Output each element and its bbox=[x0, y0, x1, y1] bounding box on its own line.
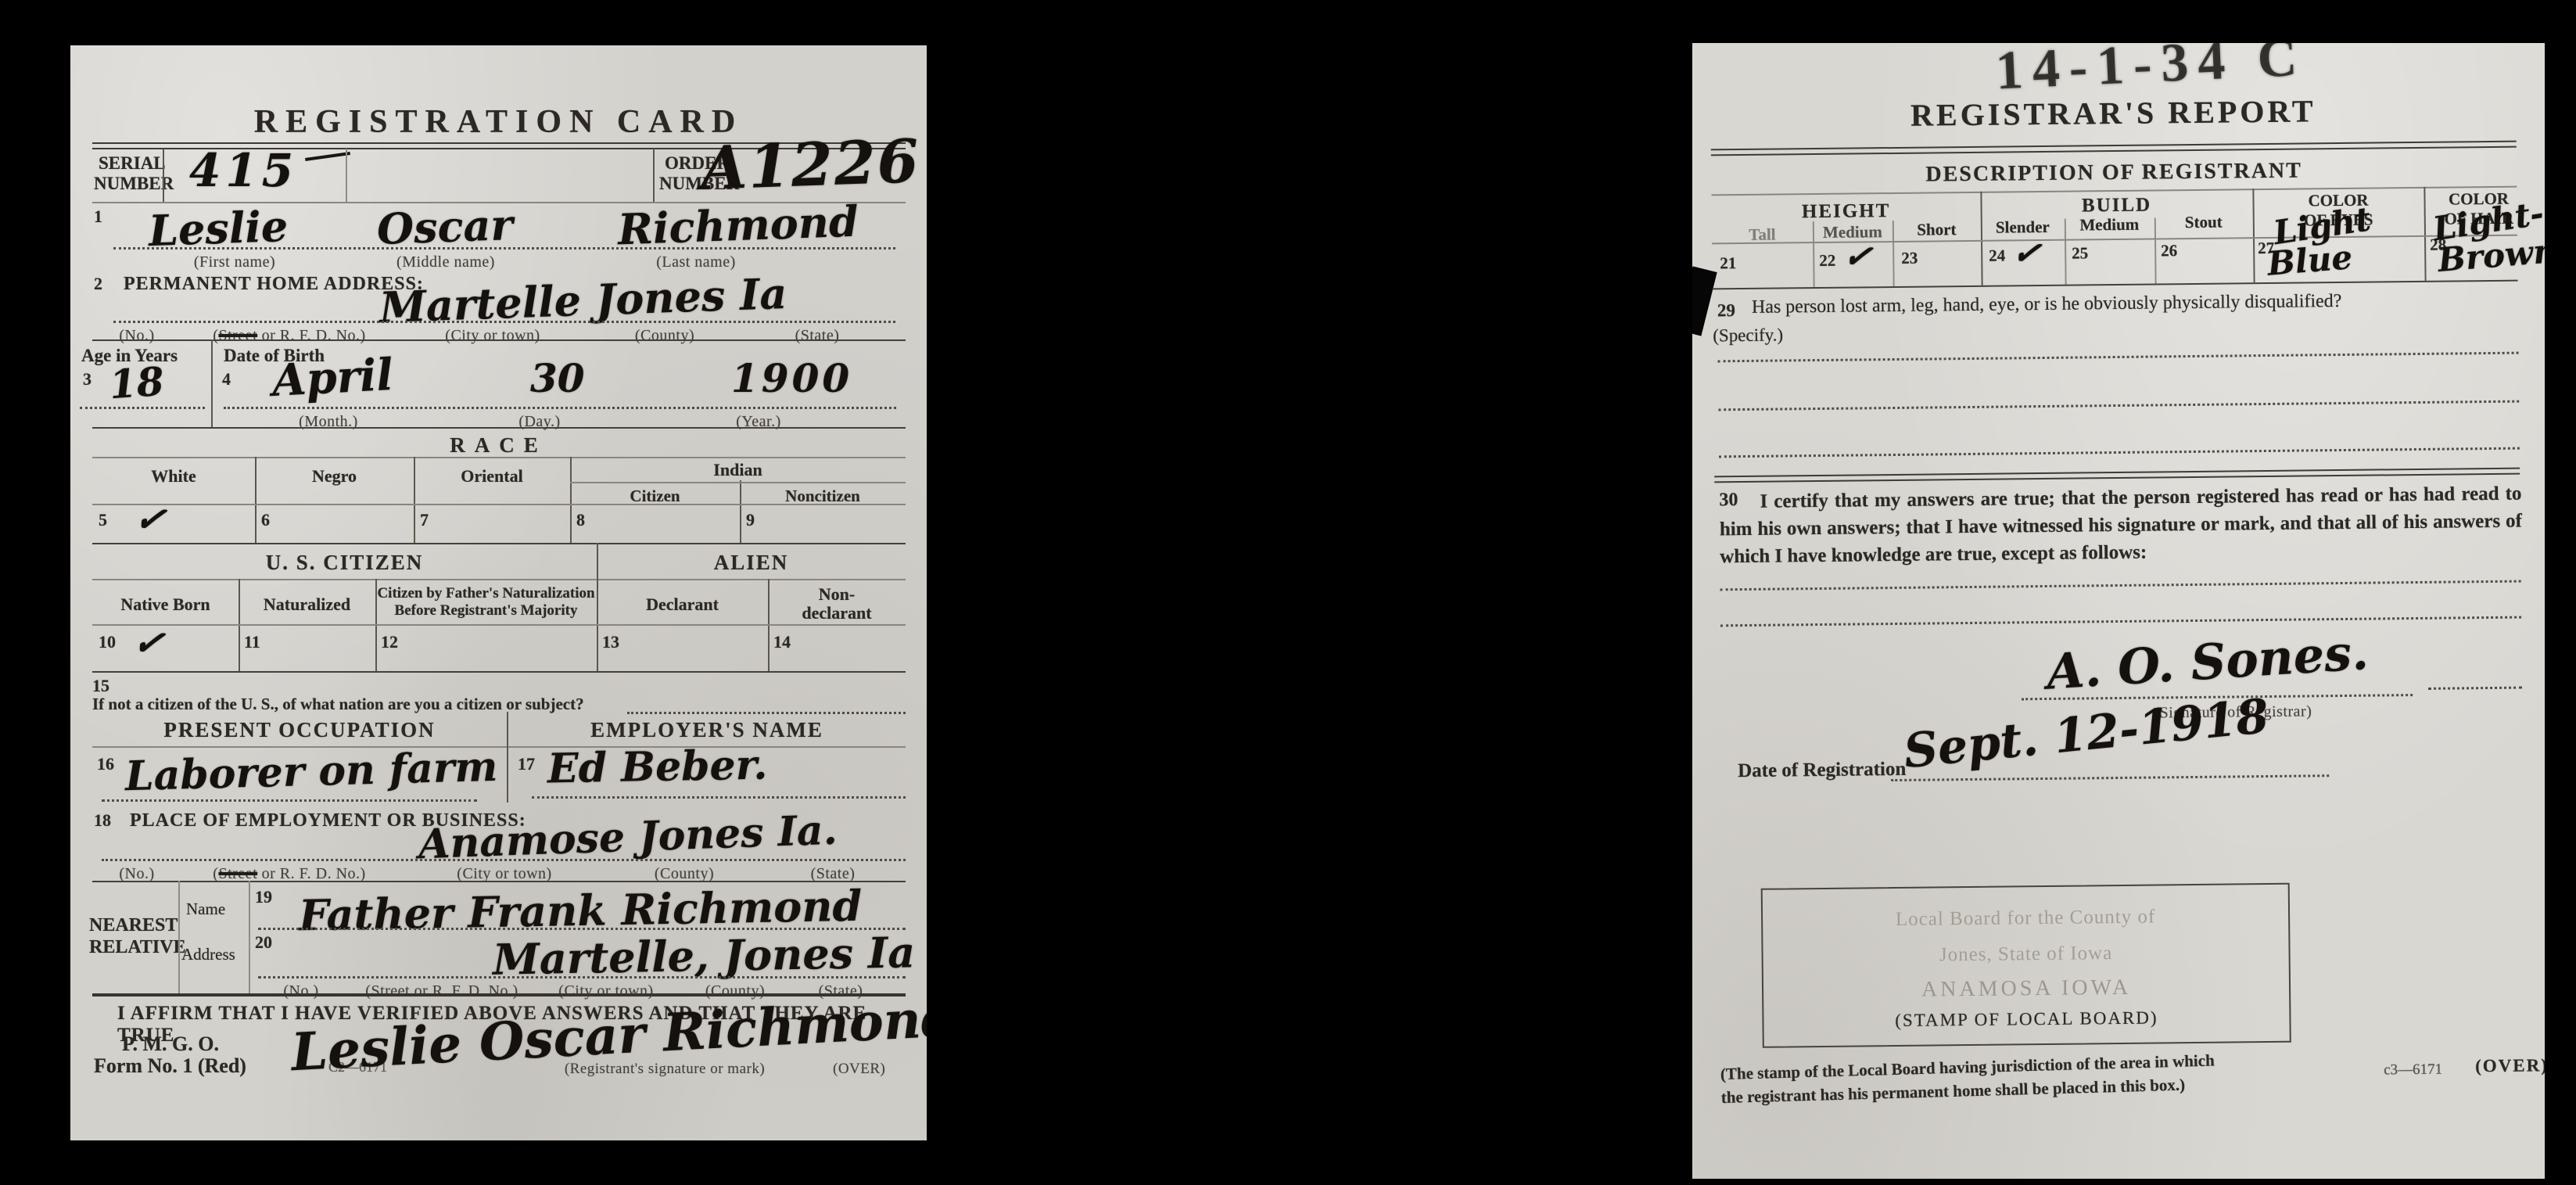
cell-number-11: 11 bbox=[244, 632, 260, 652]
field-number-3: 3 bbox=[83, 369, 91, 390]
employers-name-header: EMPLOYER'S NAME bbox=[508, 718, 906, 742]
first-name-sublabel: (First name) bbox=[156, 253, 313, 271]
divider bbox=[163, 149, 164, 202]
divider bbox=[346, 149, 347, 202]
non-declarant-line1: Non- bbox=[819, 584, 855, 604]
registrars-report-title: REGISTRAR'S REPORT bbox=[1692, 90, 2540, 135]
cell-number-6: 6 bbox=[261, 510, 270, 530]
cell-number-23: 23 bbox=[1901, 249, 1918, 268]
local-board-stamp-box: Local Board for the County of Jones, Sta… bbox=[1761, 883, 2291, 1048]
dotted-line bbox=[113, 321, 895, 323]
board-stamp-line3: ANAMOSA IOWA bbox=[1763, 974, 2289, 1004]
relative-name-label: Name bbox=[186, 900, 225, 919]
county-sublabel: (County) bbox=[618, 327, 712, 345]
cell-number-13: 13 bbox=[602, 632, 619, 652]
cell-number-10: 10 bbox=[99, 632, 116, 652]
declarant-header: Declarant bbox=[597, 594, 768, 615]
build-stout-header: Stout bbox=[2154, 212, 2253, 232]
cell-number-25: 25 bbox=[2072, 243, 2088, 263]
city-sublabel: (City or town) bbox=[426, 327, 559, 345]
cell-number-21: 21 bbox=[1720, 253, 1736, 273]
dob-month-value: April bbox=[271, 349, 394, 407]
citizen-by-father-line1: Citizen by Father's Naturalization bbox=[377, 585, 594, 601]
section-rule bbox=[92, 671, 906, 673]
pmgo-label: P. M. G. O. bbox=[122, 1032, 219, 1056]
field-number-19: 19 bbox=[255, 887, 272, 907]
report-content: 14-1-34 C REGISTRAR'S REPORT DESCRIPTION… bbox=[1692, 43, 2545, 1179]
table-rule bbox=[570, 482, 906, 483]
stamp-box-caption: (The stamp of the Local Board having jur… bbox=[1720, 1048, 2237, 1109]
table-rule bbox=[92, 504, 906, 505]
form-number-label: Form No. 1 (Red) bbox=[94, 1054, 246, 1078]
dob-year-value: 1900 bbox=[731, 355, 852, 401]
dotted-line bbox=[258, 976, 906, 979]
over-label: (OVER) bbox=[2475, 1055, 2545, 1076]
dotted-line bbox=[1719, 447, 2520, 458]
city-sublabel: (City or town) bbox=[547, 982, 665, 1000]
race-header: RACE bbox=[70, 433, 927, 458]
registrant-middle-name: Oscar bbox=[376, 199, 514, 254]
scanned-draft-card-image: REGISTRATION CARD SERIAL NUMBER 415 ORDE… bbox=[0, 0, 2576, 1185]
street-sublabel: (Street or R. F. D. No.) bbox=[203, 327, 375, 345]
field-number-15: 15 bbox=[92, 676, 109, 696]
dotted-line bbox=[102, 859, 906, 861]
occupation-value: Laborer on farm bbox=[124, 743, 498, 800]
race-indian-header: Indian bbox=[570, 460, 906, 480]
title-divider bbox=[1711, 141, 2517, 156]
q15-text: If not a citizen of the U. S., of what n… bbox=[92, 695, 584, 714]
citizen-by-father-header: Citizen by Father's NaturalizationBefore… bbox=[375, 585, 597, 619]
registrar-signature: A. O. Sones. bbox=[2045, 623, 2370, 701]
field-number-1: 1 bbox=[94, 206, 102, 227]
age-value: 18 bbox=[108, 358, 166, 408]
section-rule bbox=[92, 339, 906, 341]
street-rest: or R. F. D. No.) bbox=[257, 327, 366, 344]
race-white-checkmark: ✓ bbox=[131, 495, 169, 543]
relative-address-label: Address bbox=[181, 945, 235, 964]
q30-certification-text: I certify that my answers are true; that… bbox=[1719, 480, 2522, 571]
divider bbox=[507, 712, 508, 803]
table-rule bbox=[92, 579, 906, 580]
divider bbox=[211, 339, 213, 427]
nearest-relative-label-line1: NEAREST bbox=[89, 915, 178, 936]
q29-text: Has person lost arm, leg, hand, eye, or … bbox=[1752, 289, 2534, 318]
race-negro-header: Negro bbox=[255, 466, 414, 487]
street-word-struck: Street bbox=[218, 865, 257, 882]
board-stamp-line1: Local Board for the County of bbox=[1763, 905, 2288, 932]
cell-number-24: 24 bbox=[1989, 246, 2005, 265]
cell-number-26: 26 bbox=[2161, 241, 2177, 260]
cell-number-7: 7 bbox=[420, 510, 429, 530]
registration-date-value: Sept. 12-1918 bbox=[1901, 689, 2271, 779]
field-number-16: 16 bbox=[97, 754, 114, 774]
board-stamp-line2: Jones, State of Iowa bbox=[1763, 941, 2288, 968]
race-white-header: White bbox=[92, 466, 255, 487]
non-declarant-line2: declarant bbox=[802, 603, 871, 623]
cell-number-22: 22 bbox=[1819, 251, 1835, 271]
street-rest: or R. F. D. No.) bbox=[257, 865, 366, 882]
eyes-color-value-line2: Blue bbox=[2266, 238, 2354, 283]
serial-number-label-line1: SERIAL bbox=[99, 153, 166, 174]
race-oriental-header: Oriental bbox=[414, 466, 570, 487]
dotted-line bbox=[1720, 580, 2521, 591]
field-number-2: 2 bbox=[94, 274, 102, 294]
dotted-line bbox=[102, 799, 477, 802]
table-rule bbox=[92, 624, 906, 626]
over-label: (OVER) bbox=[833, 1061, 885, 1078]
no-sublabel: (No.) bbox=[266, 982, 336, 1000]
divider bbox=[653, 149, 655, 202]
section-rule bbox=[92, 427, 906, 429]
state-sublabel: (State) bbox=[774, 327, 860, 345]
section-rule bbox=[1713, 280, 2518, 290]
height-medium-checkmark: ✓ bbox=[1841, 235, 1875, 278]
handwritten-dash bbox=[305, 152, 350, 161]
build-slender-checkmark: ✓ bbox=[2010, 232, 2043, 275]
cell-number-8: 8 bbox=[576, 510, 585, 530]
street-word-struck: Street bbox=[218, 327, 257, 344]
cell-number-5: 5 bbox=[99, 510, 107, 530]
dotted-line bbox=[224, 407, 896, 409]
present-occupation-header: PRESENT OCCUPATION bbox=[92, 718, 507, 742]
cell-number-14: 14 bbox=[773, 632, 791, 652]
street-sublabel: (Street or R. F. D. No.) bbox=[352, 982, 532, 1000]
description-of-registrant-header: DESCRIPTION OF REGISTRANT bbox=[1692, 156, 2540, 189]
field-number-29: 29 bbox=[1717, 300, 1735, 321]
employer-name-value: Ed Beber. bbox=[547, 742, 767, 793]
serial-number-value: 415 bbox=[189, 144, 298, 197]
dob-day-value: 30 bbox=[530, 355, 585, 401]
native-born-checkmark: ✓ bbox=[130, 619, 167, 666]
dotted-line bbox=[113, 247, 895, 250]
registrars-report-card: 14-1-34 C REGISTRAR'S REPORT DESCRIPTION… bbox=[1692, 43, 2545, 1179]
field-number-4: 4 bbox=[222, 369, 231, 390]
dotted-line bbox=[1720, 616, 2521, 627]
non-declarant-header: Non-declarant bbox=[768, 585, 906, 623]
field-number-18: 18 bbox=[94, 810, 111, 831]
table-rule bbox=[92, 457, 906, 458]
divider bbox=[249, 881, 250, 993]
nearest-relative-label-line2: RELATIVE bbox=[89, 937, 186, 958]
cell-number-9: 9 bbox=[746, 510, 755, 530]
naturalized-header: Naturalized bbox=[239, 594, 375, 615]
middle-name-sublabel: (Middle name) bbox=[352, 253, 540, 271]
dotted-line bbox=[532, 796, 906, 799]
registration-card: REGISTRATION CARD SERIAL NUMBER 415 ORDE… bbox=[70, 45, 927, 1140]
dotted-line bbox=[2428, 687, 2522, 690]
no-sublabel: (No.) bbox=[102, 327, 172, 345]
field-number-17: 17 bbox=[518, 754, 535, 774]
alien-header: ALIEN bbox=[597, 551, 906, 575]
height-short-header: Short bbox=[1893, 220, 1981, 240]
dotted-line bbox=[1718, 400, 2519, 411]
stamp-of-local-board-label: (STAMP OF LOCAL BOARD) bbox=[1763, 1007, 2289, 1032]
order-number-value: A1226 bbox=[700, 126, 921, 203]
q29-specify-label: (Specify.) bbox=[1713, 325, 1783, 346]
us-citizen-header: U. S. CITIZEN bbox=[92, 551, 597, 575]
dotted-line bbox=[1718, 352, 2519, 363]
dotted-line bbox=[80, 407, 205, 409]
dotted-line bbox=[627, 712, 906, 714]
build-medium-header: Medium bbox=[2065, 214, 2154, 235]
native-born-header: Native Born bbox=[92, 594, 239, 615]
section-rule bbox=[92, 543, 906, 544]
cell-number-12: 12 bbox=[381, 632, 398, 652]
divider bbox=[178, 881, 180, 993]
print-code: c3—6171 bbox=[2384, 1061, 2442, 1079]
date-of-registration-label: Date of Registration bbox=[1738, 759, 1907, 782]
serial-number-label-line2: NUMBER bbox=[94, 174, 174, 194]
registrant-last-name: Richmond bbox=[617, 196, 859, 255]
citizen-by-father-line2: Before Registrant's Majority bbox=[395, 602, 578, 619]
table-rule bbox=[92, 746, 906, 748]
dotted-line bbox=[1891, 774, 2329, 781]
field-number-20: 20 bbox=[255, 932, 272, 953]
